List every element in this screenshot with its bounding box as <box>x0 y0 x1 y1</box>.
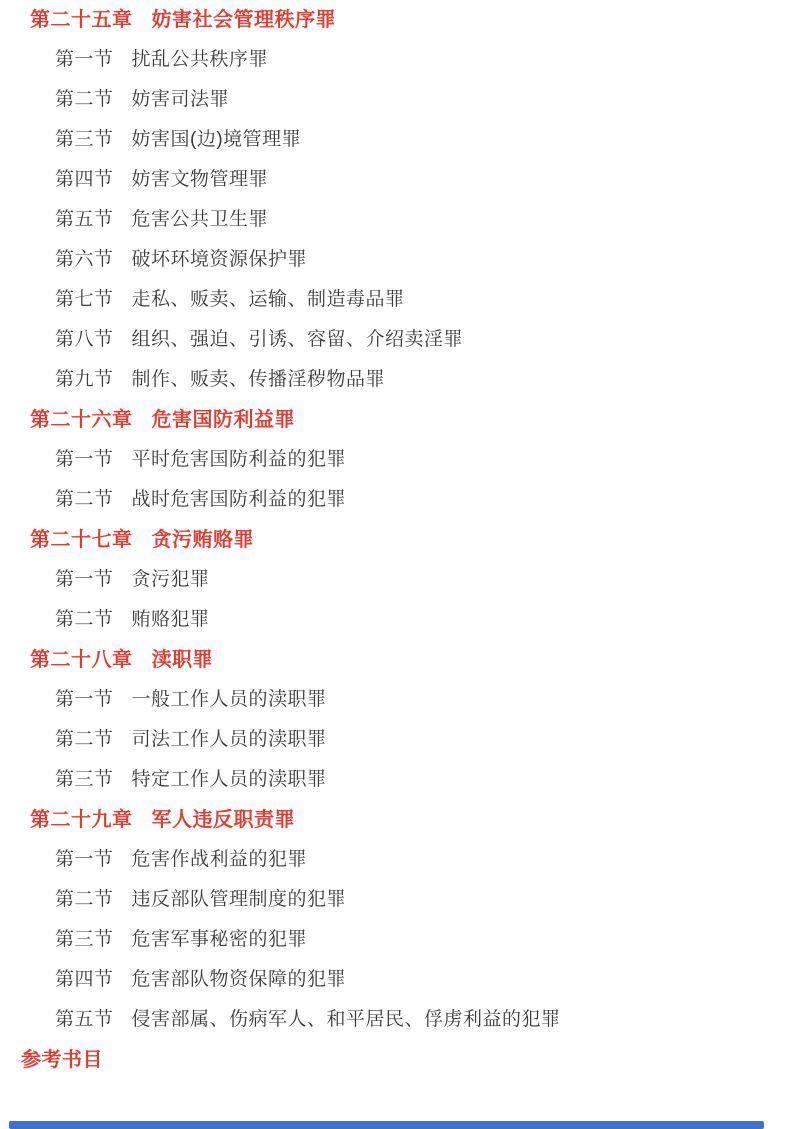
toc-chapter-row: 第二十五章妨害社会管理秩序罪 <box>0 0 790 40</box>
toc-entry-number: 第二节 <box>55 609 114 630</box>
toc-entry-title: 战时危害国防利益的犯罪 <box>132 489 347 510</box>
toc-entry-title: 渎职罪 <box>152 649 214 671</box>
toc-entry-number: 第三节 <box>55 129 114 150</box>
toc-entry-number: 第一节 <box>55 689 114 710</box>
toc-entry-number: 第二节 <box>55 89 114 110</box>
toc-section-row: 第一节贪污犯罪 <box>0 560 790 600</box>
toc-entry-number: 第八节 <box>55 329 114 350</box>
toc-chapter-row: 第二十九章军人违反职责罪 <box>0 800 790 840</box>
toc-entry-title: 平时危害国防利益的犯罪 <box>132 449 347 470</box>
toc-section-row: 第八节组织、强迫、引诱、容留、介绍卖淫罪 <box>0 320 790 360</box>
toc-entry-title: 组织、强迫、引诱、容留、介绍卖淫罪 <box>132 329 464 350</box>
toc-entry-number: 第二十五章 <box>30 9 133 31</box>
toc-entry-number: 第二十八章 <box>30 649 133 671</box>
toc-entry-number: 第二节 <box>55 729 114 750</box>
toc-entry-title: 危害公共卫生罪 <box>132 209 269 230</box>
toc-section-row: 第二节妨害司法罪 <box>0 80 790 120</box>
toc-section-row: 第二节司法工作人员的渎职罪 <box>0 720 790 760</box>
toc-section-row: 第三节妨害国(边)境管理罪 <box>0 120 790 160</box>
toc-section-row: 第七节走私、贩卖、运输、制造毒品罪 <box>0 280 790 320</box>
toc-entry-number: 第九节 <box>55 369 114 390</box>
toc-chapter-row: 第二十六章危害国防利益罪 <box>0 400 790 440</box>
toc-section-row: 第三节危害军事秘密的犯罪 <box>0 920 790 960</box>
toc-entry-title: 危害军事秘密的犯罪 <box>132 929 308 950</box>
toc-section-row: 第六节破坏环境资源保护罪 <box>0 240 790 280</box>
reading-progress-bar <box>9 1121 764 1129</box>
toc-entry-title: 危害部队物资保障的犯罪 <box>132 969 347 990</box>
toc-entry-title: 妨害文物管理罪 <box>132 169 269 190</box>
toc-entry-title: 一般工作人员的渎职罪 <box>132 689 327 710</box>
toc-entry-number: 第六节 <box>55 249 114 270</box>
toc-chapter-row: 第二十八章渎职罪 <box>0 640 790 680</box>
toc-section-row: 第一节平时危害国防利益的犯罪 <box>0 440 790 480</box>
toc-section-row: 第二节战时危害国防利益的犯罪 <box>0 480 790 520</box>
toc-reference-row: 参考书目 <box>0 1040 790 1080</box>
toc-entry-title: 扰乱公共秩序罪 <box>132 49 269 70</box>
toc-section-row: 第五节危害公共卫生罪 <box>0 200 790 240</box>
toc-entry-title: 司法工作人员的渎职罪 <box>132 729 327 750</box>
toc-entry-title: 军人违反职责罪 <box>152 809 296 831</box>
toc-entry-title: 危害国防利益罪 <box>152 409 296 431</box>
toc-entry-title: 特定工作人员的渎职罪 <box>132 769 327 790</box>
toc-entry-number: 第二十六章 <box>30 409 133 431</box>
toc-entry-title: 走私、贩卖、运输、制造毒品罪 <box>132 289 405 310</box>
toc-section-row: 第二节贿赂犯罪 <box>0 600 790 640</box>
toc-entry-number: 第五节 <box>55 209 114 230</box>
toc-entry-title: 参考书目 <box>21 1049 103 1071</box>
toc-section-row: 第二节违反部队管理制度的犯罪 <box>0 880 790 920</box>
toc-entry-title: 危害作战利益的犯罪 <box>132 849 308 870</box>
toc-entry-title: 贪污犯罪 <box>132 569 210 590</box>
toc-entry-number: 第二十九章 <box>30 809 133 831</box>
toc-entry-number: 第四节 <box>55 969 114 990</box>
toc-entry-title: 破坏环境资源保护罪 <box>132 249 308 270</box>
toc-list: 第二十五章妨害社会管理秩序罪第一节扰乱公共秩序罪第二节妨害司法罪第三节妨害国(边… <box>0 0 790 1080</box>
toc-section-row: 第一节扰乱公共秩序罪 <box>0 40 790 80</box>
toc-entry-number: 第七节 <box>55 289 114 310</box>
toc-entry-number: 第五节 <box>55 1009 114 1030</box>
toc-entry-number: 第一节 <box>55 49 114 70</box>
toc-entry-title: 制作、贩卖、传播淫秽物品罪 <box>132 369 386 390</box>
toc-entry-number: 第二节 <box>55 889 114 910</box>
toc-chapter-row: 第二十七章贪污贿赂罪 <box>0 520 790 560</box>
toc-section-row: 第一节危害作战利益的犯罪 <box>0 840 790 880</box>
toc-entry-number: 第三节 <box>55 929 114 950</box>
toc-section-row: 第四节妨害文物管理罪 <box>0 160 790 200</box>
toc-section-row: 第五节侵害部属、伤病军人、和平居民、俘虏利益的犯罪 <box>0 1000 790 1040</box>
toc-entry-number: 第三节 <box>55 769 114 790</box>
toc-section-row: 第一节一般工作人员的渎职罪 <box>0 680 790 720</box>
toc-entry-title: 贿赂犯罪 <box>132 609 210 630</box>
toc-entry-number: 第一节 <box>55 569 114 590</box>
toc-entry-number: 第一节 <box>55 849 114 870</box>
toc-entry-title: 违反部队管理制度的犯罪 <box>132 889 347 910</box>
toc-entry-title: 侵害部属、伤病军人、和平居民、俘虏利益的犯罪 <box>132 1009 561 1030</box>
toc-section-row: 第四节危害部队物资保障的犯罪 <box>0 960 790 1000</box>
toc-entry-title: 妨害国(边)境管理罪 <box>132 129 302 150</box>
toc-section-row: 第三节特定工作人员的渎职罪 <box>0 760 790 800</box>
toc-entry-title: 妨害社会管理秩序罪 <box>152 9 337 31</box>
toc-entry-number: 第二十七章 <box>30 529 133 551</box>
book-page: 第二十五章妨害社会管理秩序罪第一节扰乱公共秩序罪第二节妨害司法罪第三节妨害国(边… <box>0 0 790 1129</box>
toc-entry-number: 第一节 <box>55 449 114 470</box>
toc-entry-number: 第四节 <box>55 169 114 190</box>
toc-section-row: 第九节制作、贩卖、传播淫秽物品罪 <box>0 360 790 400</box>
toc-entry-title: 贪污贿赂罪 <box>152 529 255 551</box>
toc-entry-title: 妨害司法罪 <box>132 89 230 110</box>
toc-entry-number: 第二节 <box>55 489 114 510</box>
